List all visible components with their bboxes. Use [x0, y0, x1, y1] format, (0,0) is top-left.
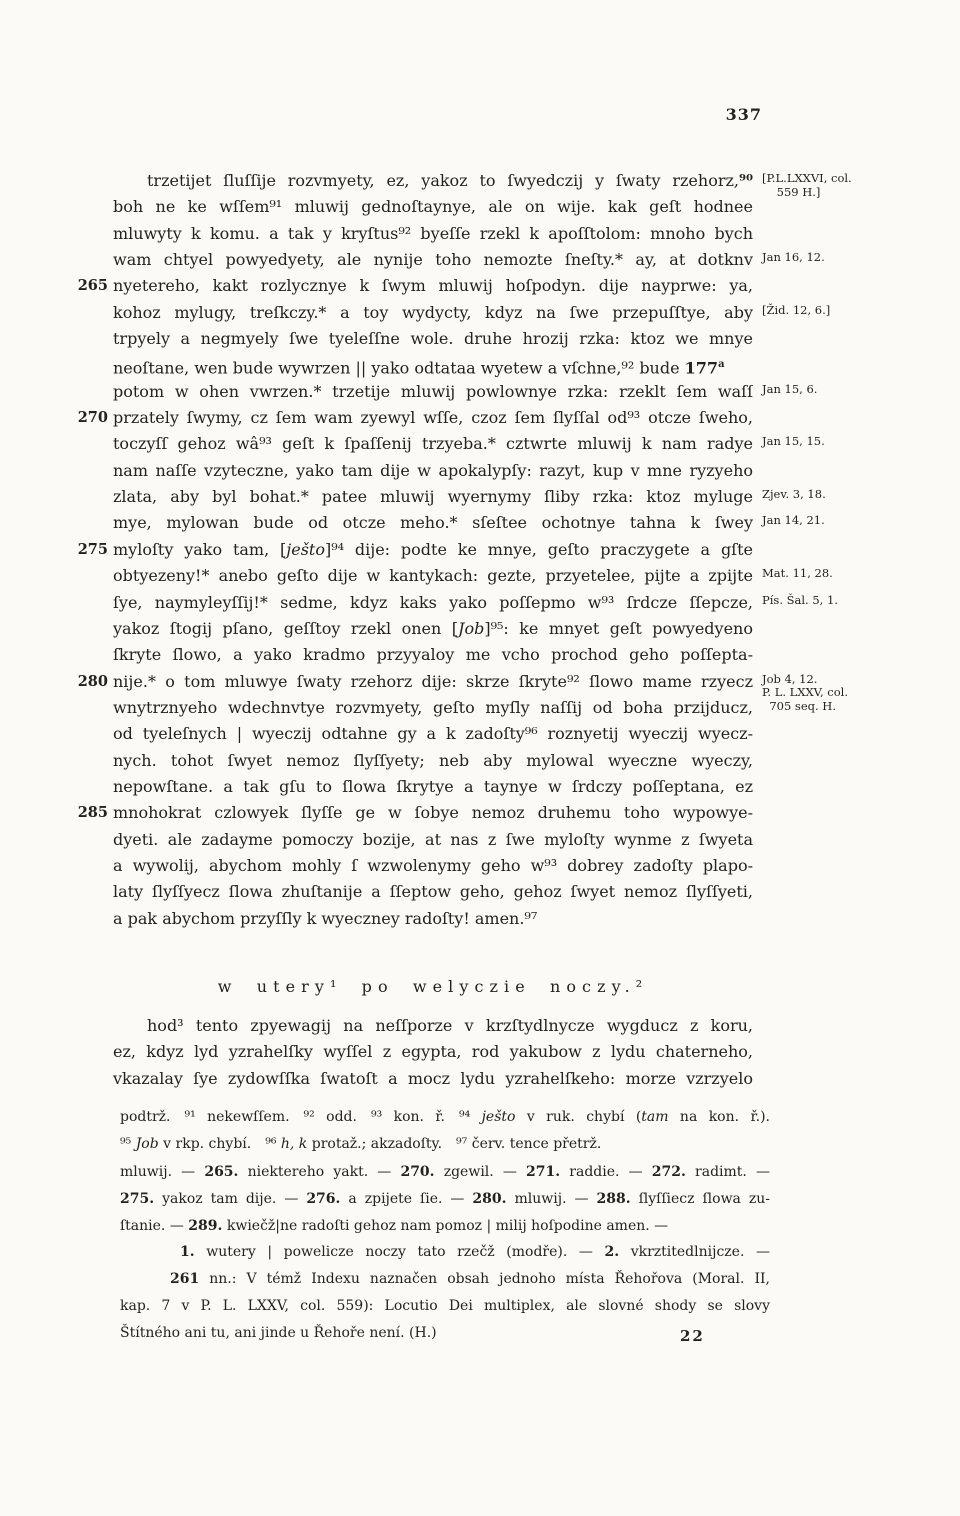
note-line: ſtanie. — 289. kwiečž|ne radoſti gehoz n… [120, 1213, 770, 1240]
text-line: potom w ohen vwrzen.* trzetije mluwij po… [75, 379, 960, 405]
line-text: przately ſwymy, cz ſem wam zyewyl wſſe, … [113, 405, 753, 431]
text-segment: tam [641, 1109, 668, 1125]
text-segment: ješto [482, 1109, 516, 1125]
line-text: boh ne ke wſſem⁹¹ mluwij gednoſtaynye, a… [113, 194, 753, 220]
text-segment: raddie. — [560, 1164, 652, 1180]
text-segment: myloſty yako tam, [ [113, 540, 286, 559]
line-text: toczyſſ gehoz wâ⁹³ geſt k ſpaſſenij trzy… [113, 431, 753, 457]
text-segment: ſkryte ſlowo, a yako kradmo przyyaloy me… [113, 645, 753, 664]
line-number [75, 853, 113, 857]
margin-note [753, 616, 953, 620]
text-segment: a [718, 359, 724, 370]
text-segment: 288. [597, 1191, 631, 1207]
line-number: 270 [75, 405, 113, 426]
text-segment: yakoz tam dije. — [154, 1191, 306, 1207]
text-line: boh ne ke wſſem⁹¹ mluwij gednoſtaynye, a… [75, 194, 960, 220]
footnotes-block: podtrž. ⁹¹ nekewſſem. ⁹² odd. ⁹³ kon. ř.… [120, 1104, 770, 1158]
line-text: trzetijet ſluſſije rozvmyety, ez, yakoz … [113, 168, 753, 194]
text-segment: kap. 7 v P. L. LXXV, col. 559): Locutio … [120, 1298, 770, 1314]
text-segment: ješto [286, 540, 325, 559]
note-line: Štítného ani tu, ani jinde u Řehoře není… [120, 1320, 770, 1347]
note-line: mluwij. — 265. niektereho yakt. — 270. z… [120, 1159, 770, 1186]
line-number [75, 695, 113, 699]
text-segment: 289. [188, 1218, 222, 1234]
line-text: nije.* o tom mluwye ſwaty rzehorz dije: … [113, 669, 753, 695]
text-line: a wywolij, abychom mohly ſ wzwolenymy ge… [75, 853, 960, 879]
text-line: ſye, naymyleyſſij!* sedme, kdyz kaks yak… [75, 590, 960, 616]
text-segment: ſtanie. — [120, 1218, 188, 1234]
text-line: kohoz mylugy, treſkczy.* a toy wydycty, … [75, 300, 960, 326]
text-segment: mye, mylowan bude od otcze meho.* sſeſte… [113, 513, 753, 532]
text-line: hod³ tento zpyewagij na neſſporze v krzſ… [75, 1013, 960, 1039]
line-number [75, 247, 113, 251]
line-number [75, 458, 113, 462]
text-segment: dyeti. ale zadayme pomoczy bozije, at na… [113, 830, 753, 849]
text-segment: nam naſſe vzyteczne, yako tam dije w apo… [113, 461, 753, 480]
line-text: ſkryte ſlowo, a yako kradmo przyyaloy me… [113, 642, 753, 668]
line-number [75, 1039, 113, 1043]
text-segment: nych. tohot ſwyet nemoz ſlyſſyety; neb a… [113, 751, 753, 770]
text-segment: nije.* o tom mluwye ſwaty rzehorz dije: … [113, 672, 753, 691]
margin-note [753, 273, 953, 277]
note-line: 275. yakoz tam dije. — 276. a zpijete ſi… [120, 1186, 770, 1213]
line-text: nam naſſe vzyteczne, yako tam dije w apo… [113, 458, 753, 484]
text-segment: kohoz mylugy, treſkczy.* a toy wydycty, … [113, 303, 753, 322]
text-segment: 276. [306, 1191, 340, 1207]
critical-apparatus-block: mluwij. — 265. niektereho yakt. — 270. z… [120, 1159, 770, 1347]
line-text: wnytrznyeho wdechnvtye rozvmyety, geſto … [113, 695, 753, 721]
text-line: mye, mylowan bude od otcze meho.* sſeſte… [75, 510, 960, 536]
text-segment: ⁹⁰ [739, 171, 753, 190]
line-number: 285 [75, 800, 113, 821]
text-segment: trpyely a negmyely ſwe tyeleſſne wole. d… [113, 329, 753, 348]
line-number [75, 879, 113, 883]
margin-note [753, 879, 953, 883]
text-segment: ſye, naymyleyſſij!* sedme, kdyz kaks yak… [113, 593, 753, 612]
text-segment: boh ne ke wſſem⁹¹ mluwij gednoſtaynye, a… [113, 197, 753, 216]
line-text: zlata, aby byl bohat.* patee mluwij wyer… [113, 484, 753, 510]
margin-note [753, 405, 953, 409]
margin-note: Jan 15, 15. [753, 431, 953, 449]
line-text: kohoz mylugy, treſkczy.* a toy wydycty, … [113, 300, 753, 326]
text-segment: 270. [400, 1164, 434, 1180]
line-number: 275 [75, 537, 113, 558]
margin-note: Job 4, 12. P. L. LXXV, col. 705 seq. H. [753, 669, 953, 714]
line-text: a wywolij, abychom mohly ſ wzwolenymy ge… [113, 853, 753, 879]
text-line: 265nyetereho, kakt rozlycznye k ſwym mlu… [75, 273, 960, 299]
line-number [75, 431, 113, 435]
text-line: laty ſlyſſyecz ſlowa zhuſtanije a ſſepto… [75, 879, 960, 905]
note-line: 1. wutery | powelicze noczy tato rzečž (… [120, 1239, 770, 1266]
text-segment: wutery | powelicze noczy tato rzečž (mod… [195, 1244, 605, 1260]
text-line: od tyeleſnych | wyeczij odtahne gy a k z… [75, 721, 960, 747]
line-text: yakoz ſtogij pſano, geſſtoy rzekl onen [… [113, 616, 753, 642]
text-segment: a zpijete ſie. — [340, 1191, 472, 1207]
text-segment: radimt. — [686, 1164, 770, 1180]
text-segment: trzetijet ſluſſije rozvmyety, ez, yakoz … [147, 171, 739, 190]
line-number [75, 642, 113, 646]
line-number [75, 194, 113, 198]
text-line: mluwyty k komu. a tak y kryſtus⁹² byeſſe… [75, 221, 960, 247]
margin-note [753, 221, 953, 225]
text-line: nam naſſe vzyteczne, yako tam dije w apo… [75, 458, 960, 484]
line-text: nepowſtane. a tak gſu to ſlowa ſkrytye a… [113, 774, 753, 800]
margin-note [753, 853, 953, 857]
line-text: ez, kdyz lyd yzrahelſky wyſſel z egypta,… [113, 1039, 753, 1065]
text-line: trzetijet ſluſſije rozvmyety, ez, yakoz … [75, 168, 960, 194]
text-segment: wam chtyel powyedyety, ale nynije toho n… [113, 250, 753, 269]
line-number [75, 484, 113, 488]
line-text: mluwyty k komu. a tak y kryſtus⁹² byeſſe… [113, 221, 753, 247]
line-text: nych. tohot ſwyet nemoz ſlyſſyety; neb a… [113, 748, 753, 774]
line-text: a pak abychom przyſſly k wyeczney radoſt… [113, 906, 753, 932]
margin-note [753, 800, 953, 804]
note-line: ⁹⁵ Job v rkp. chybí. ⁹⁶ h, k protaž.; ak… [120, 1131, 770, 1158]
line-number [75, 221, 113, 225]
line-number [75, 774, 113, 778]
text-line: 275myloſty yako tam, [ješto]⁹⁴ dije: pod… [75, 537, 960, 563]
text-segment: Štítného ani tu, ani jinde u Řehoře není… [120, 1325, 437, 1341]
margin-note [753, 326, 953, 330]
margin-note [753, 774, 953, 778]
text-line: 285mnohokrat czlowyek ſlyſſe ge w ſobye … [75, 800, 960, 826]
text-line: obtyezeny!* anebo geſto dije w kantykach… [75, 563, 960, 589]
text-line: zlata, aby byl bohat.* patee mluwij wyer… [75, 484, 960, 510]
line-number [75, 906, 113, 910]
margin-note [753, 458, 953, 462]
line-number [75, 510, 113, 514]
text-line: nych. tohot ſwyet nemoz ſlyſſyety; neb a… [75, 748, 960, 774]
margin-note [753, 721, 953, 725]
margin-note: Pís. Šal. 5, 1. [753, 590, 953, 608]
line-number [75, 721, 113, 725]
line-text: mye, mylowan bude od otcze meho.* sſeſte… [113, 510, 753, 536]
margin-note [753, 352, 953, 356]
text-segment: mluwij. — [120, 1164, 204, 1180]
line-number [75, 168, 113, 172]
margin-note: Jan 16, 12. [753, 247, 953, 265]
margin-note [753, 748, 953, 752]
line-number: 280 [75, 669, 113, 690]
text-segment: nepowſtane. a tak gſu to ſlowa ſkrytye a… [113, 777, 753, 796]
margin-note: Jan 15, 6. [753, 379, 953, 397]
margin-note [753, 642, 953, 646]
margin-note: Mat. 11, 28. [753, 563, 953, 581]
line-text: neoſtane, wen bude wywrzen || yako odtat… [113, 352, 753, 378]
text-line: vkazalay ſye zydowſſka ſwatoſt a mocz ly… [75, 1066, 960, 1092]
text-segment: v rkp. chybí. ⁹⁶ [159, 1136, 281, 1152]
text-segment: toczyſſ gehoz wâ⁹³ geſt k ſpaſſenij trzy… [113, 434, 753, 453]
text-segment: 265. [204, 1164, 238, 1180]
text-line: ſkryte ſlowo, a yako kradmo przyyaloy me… [75, 642, 960, 668]
text-segment: podtrž. ⁹¹ nekewſſem. ⁹² odd. ⁹³ kon. ř.… [120, 1109, 482, 1125]
line-text: obtyezeny!* anebo geſto dije w kantykach… [113, 563, 753, 589]
text-segment: obtyezeny!* anebo geſto dije w kantykach… [113, 566, 753, 585]
text-segment: 271. [526, 1164, 560, 1180]
line-text: od tyeleſnych | wyeczij odtahne gy a k z… [113, 721, 753, 747]
scanned-book-page: 337 trzetijet ſluſſije rozvmyety, ez, ya… [0, 0, 960, 1516]
text-segment: na kon. ř.). [669, 1109, 770, 1125]
line-number [75, 1066, 113, 1070]
line-text: laty ſlyſſyecz ſlowa zhuſtanije a ſſepto… [113, 879, 753, 905]
text-segment: 272. [652, 1164, 686, 1180]
line-number [75, 300, 113, 304]
text-segment: kwiečž|ne radoſti gehoz nam pomoz | mili… [222, 1218, 668, 1234]
text-segment: hod³ tento zpyewagij na neſſporze v krzſ… [147, 1016, 753, 1035]
text-line: trpyely a negmyely ſwe tyeleſſne wole. d… [75, 326, 960, 352]
text-segment: ez, kdyz lyd yzrahelſky wyſſel z egypta,… [113, 1042, 753, 1061]
margin-note: Jan 14, 21. [753, 510, 953, 528]
line-number [75, 1013, 113, 1017]
text-segment: Job [136, 1136, 159, 1152]
text-segment: mluwyty k komu. a tak y kryſtus⁹² byeſſe… [113, 224, 753, 243]
text-segment: potom w ohen vwrzen.* trzetije mluwij po… [113, 382, 753, 401]
margin-note [753, 1039, 953, 1043]
text-line: a pak abychom przyſſly k wyeczney radoſt… [75, 906, 960, 932]
text-line: 270przately ſwymy, cz ſem wam zyewyl wſſ… [75, 405, 960, 431]
text-segment: vkrztitedlnijcze. — [619, 1244, 770, 1260]
text-line: yakoz ſtogij pſano, geſſtoy rzekl onen [… [75, 616, 960, 642]
text-segment: nyetereho, kakt rozlycznye k ſwym mluwij… [113, 276, 753, 295]
line-text: wam chtyel powyedyety, ale nynije toho n… [113, 247, 753, 273]
margin-note [753, 827, 953, 831]
text-line: toczyſſ gehoz wâ⁹³ geſt k ſpaſſenij trzy… [75, 431, 960, 457]
note-line: 261 nn.: V témž Indexu naznačen obsah je… [120, 1266, 770, 1293]
line-number [75, 748, 113, 752]
line-text: hod³ tento zpyewagij na neſſporze v krzſ… [113, 1013, 753, 1039]
text-segment: v ruk. chybí ( [515, 1109, 641, 1125]
text-segment: Job [458, 619, 484, 638]
note-line: podtrž. ⁹¹ nekewſſem. ⁹² odd. ⁹³ kon. ř.… [120, 1104, 770, 1131]
note-line: kap. 7 v P. L. LXXV, col. 559): Locutio … [120, 1293, 770, 1320]
line-number [75, 827, 113, 831]
text-segment: niektereho yakt. — [238, 1164, 400, 1180]
margin-note [753, 1013, 953, 1017]
main-text-block: trzetijet ſluſſije rozvmyety, ez, yakoz … [75, 168, 960, 932]
text-line: dyeti. ale zadayme pomoczy bozije, at na… [75, 827, 960, 853]
line-number [75, 590, 113, 594]
margin-note: Zjev. 3, 18. [753, 484, 953, 502]
margin-note [753, 906, 953, 910]
text-segment: 280. [472, 1191, 506, 1207]
line-text: dyeti. ale zadayme pomoczy bozije, at na… [113, 827, 753, 853]
line-text: nyetereho, kakt rozlycznye k ſwym mluwij… [113, 273, 753, 299]
text-segment: ]⁹⁵: ke mnyet geſt powyedyeno [484, 619, 753, 638]
text-segment: nn.: V témž Indexu naznačen obsah jednoh… [199, 1271, 770, 1287]
text-line: neoſtane, wen bude wywrzen || yako odtat… [75, 352, 960, 378]
text-segment: neoſtane, wen bude wywrzen || yako odtat… [113, 359, 685, 378]
margin-note [753, 537, 953, 541]
text-line: wam chtyel powyedyety, ale nynije toho n… [75, 247, 960, 273]
text-segment: h, k [281, 1136, 307, 1152]
sheet-signature: 22 [680, 1327, 705, 1345]
line-text: mnohokrat czlowyek ſlyſſe ge w ſobye nem… [113, 800, 753, 826]
margin-note: [Žid. 12, 6.] [753, 300, 953, 318]
line-number [75, 616, 113, 620]
text-segment: ſlyſſiecz ſlowa zu- [631, 1191, 770, 1207]
text-segment: ]⁹⁴ dije: podte ke mnye, geſto praczyget… [325, 540, 753, 559]
section-intro-text: hod³ tento zpyewagij na neſſporze v krzſ… [75, 1013, 960, 1092]
text-segment: a pak abychom przyſſly k wyeczney radoſt… [113, 909, 537, 928]
text-line: nepowſtane. a tak gſu to ſlowa ſkrytye a… [75, 774, 960, 800]
line-number: 265 [75, 273, 113, 294]
line-text: ſye, naymyleyſſij!* sedme, kdyz kaks yak… [113, 590, 753, 616]
line-number [75, 326, 113, 330]
text-segment: 177 [685, 359, 718, 378]
text-segment: laty ſlyſſyecz ſlowa zhuſtanije a ſſepto… [113, 882, 753, 901]
text-segment: od tyeleſnych | wyeczij odtahne gy a k z… [113, 724, 753, 743]
margin-note [753, 1066, 953, 1070]
text-segment: przately ſwymy, cz ſem wam zyewyl wſſe, … [113, 408, 753, 427]
text-segment: zlata, aby byl bohat.* patee mluwij wyer… [113, 487, 753, 506]
line-number [75, 563, 113, 567]
line-number [75, 379, 113, 383]
text-segment: yakoz ſtogij pſano, geſſtoy rzekl onen [ [113, 619, 458, 638]
text-segment: mluwij. — [507, 1191, 597, 1207]
text-line: 280nije.* o tom mluwye ſwaty rzehorz dij… [75, 669, 960, 695]
text-segment: 275. [120, 1191, 154, 1207]
text-segment: a wywolij, abychom mohly ſ wzwolenymy ge… [113, 856, 753, 875]
line-text: myloſty yako tam, [ješto]⁹⁴ dije: podte … [113, 537, 753, 563]
text-segment: vkazalay ſye zydowſſka ſwatoſt a mocz ly… [113, 1069, 753, 1088]
text-segment: protaž.; akzadoſty. ⁹⁷ červ. tence přetr… [307, 1136, 601, 1152]
text-segment: zgewil. — [435, 1164, 526, 1180]
line-text: potom w ohen vwrzen.* trzetije mluwij po… [113, 379, 753, 405]
section-heading: w utery¹ po welyczie noczy.² [113, 977, 753, 1003]
line-text: vkazalay ſye zydowſſka ſwatoſt a mocz ly… [113, 1066, 753, 1092]
text-line: ez, kdyz lyd yzrahelſky wyſſel z egypta,… [75, 1039, 960, 1065]
text-segment: mnohokrat czlowyek ſlyſſe ge w ſobye nem… [113, 803, 753, 822]
margin-note [753, 194, 953, 198]
line-text: trpyely a negmyely ſwe tyeleſſne wole. d… [113, 326, 753, 352]
line-number [75, 352, 113, 356]
text-segment: ⁹⁵ [120, 1136, 136, 1152]
text-segment: wnytrznyeho wdechnvtye rozvmyety, geſto … [113, 698, 753, 717]
page-number: 337 [700, 105, 762, 124]
margin-note [753, 695, 953, 699]
text-segment: 2. [604, 1244, 619, 1260]
text-segment: 261 [170, 1271, 199, 1287]
text-segment: 1. [180, 1244, 195, 1260]
